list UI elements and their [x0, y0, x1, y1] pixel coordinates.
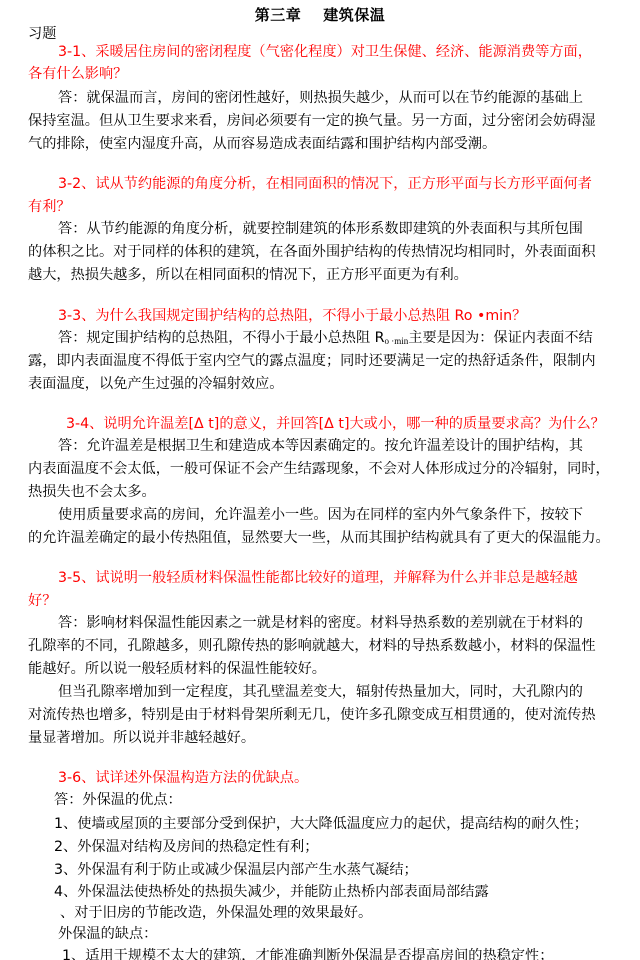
chapter-name: 建筑保温: [323, 6, 385, 24]
answer-3-6-line-2: 1、使墙或屋顶的主要部分受到保护，大大降低温度应力的起伏，提高结构的耐久性；: [54, 814, 588, 834]
answer-3-6-line-6: 、对于旧房的节能改造，外保温处理的效果最好。: [60, 903, 372, 923]
answer-3-3-line-2: 露，即内表面温度不得低于室内空气的露点温度；同时还要满足一定的热舒适条件，限制内: [28, 351, 596, 371]
question-3-5-line-1: 3-5、试说明一般轻质材料保温性能都比较好的道理，并解释为什么并非总是越轻越: [58, 568, 578, 588]
answer-3-1-line-2: 保持室温。但从卫生要求来看，房间必须要有一定的换气量。另一方面，过分密闭会妨碍湿: [28, 111, 596, 131]
answer-3-5-line-4: 但当孔隙率增加到一定程度，其孔壁温差变大，辐射传热量加大，同时，大孔隙内的: [58, 682, 583, 702]
chapter-title: 第三章建筑保温: [0, 4, 640, 25]
answer-3-5-line-1: 答：影响材料保温性能因素之一就是材料的密度。材料导热系数的差别就在于材料的: [58, 613, 583, 633]
answer-3-6-line-4: 3、外保温有利于防止或减少保温层内部产生水蒸气凝结；: [54, 860, 418, 880]
answer-3-4-line-2: 内表面温度不会太低，一般可保证不会产生结露现象，不会对人体形成过分的冷辐射，同时…: [28, 459, 610, 479]
answer-3-3-line-1: 答：规定围护结构的总热阻，不得小于最小总热阻 Ro ·min主要是因为：保证内表…: [58, 328, 593, 351]
question-3-1-line-2: 各有什么影响？: [28, 64, 127, 84]
answer-3-4-line-4: 使用质量要求高的房间，允许温差小一些。因为在同样的室内外气象条件下，按较下: [58, 505, 583, 525]
question-3-5-line-2: 好？: [28, 591, 56, 611]
question-3-4: 3-4、说明允许温差[Δ t]的意义，并回答[Δ t]大或小，哪一种的质量要求高…: [66, 414, 605, 434]
chapter-number: 第三章: [255, 6, 302, 24]
answer-3-6-line-1: 答：外保温的优点：: [54, 790, 182, 810]
answer-3-3-tail: 主要是因为：保证内表面不结: [408, 330, 592, 346]
document-page: 第三章建筑保温 习题 3-1、采暖居住房间的密闭程度（气密化程度）对卫生保健、经…: [0, 0, 640, 960]
answer-3-2-line-3: 越大，热损失越多，所以在相同面积的情况下，正方形平面更为有利。: [28, 265, 468, 285]
answer-3-4-line-3: 热损失也不会太多。: [28, 482, 156, 502]
answer-3-1-line-1: 答：就保温而言，房间的密闭性越好，则热损失越少，从而可以在节约能源的基础上: [58, 88, 583, 108]
answer-3-6-line-7: 外保温的缺点：: [58, 924, 157, 944]
question-3-2-line-1: 3-2、试从节约能源的角度分析，在相同面积的情况下，正方形平面与长方形平面何者: [58, 174, 592, 194]
answer-3-5-line-2: 孔隙率的不同，孔隙越多，则孔隙传热的影响就越大，材料的导热系数越小，材料的保温性: [28, 636, 596, 656]
question-3-3: 3-3、为什么我国规定围护结构的总热阻，不得小于最小总热阻 Ro •min？: [58, 306, 526, 326]
answer-3-6-line-3: 2、外保温对结构及房间的热稳定性有利；: [54, 837, 318, 857]
answer-3-5-line-5: 对流传热也增多，特别是由于材料骨架所剩无几，使许多孔隙变成互相贯通的，使对流传热: [28, 705, 596, 725]
answer-3-4-line-5: 的允许温差确定的最小传热阻值，显然要大一些，从而其围护结构就具有了更大的保温能力…: [28, 528, 610, 548]
answer-3-3-line-3: 表面温度，以免产生过强的冷辐射效应。: [28, 374, 283, 394]
answer-3-2-line-1: 答：从节约能源的角度分析，就要控制建筑的体形系数即建筑的外表面积与其所包围: [58, 219, 583, 239]
answer-3-4-line-1: 答：允许温差是根据卫生和建造成本等因素确定的。按允许温差设计的围护结构，其: [58, 436, 583, 456]
question-3-2-line-2: 有利？: [28, 197, 71, 217]
answer-3-6-line-8: 1、适用于规模不太大的建筑，才能准确判断外保温是否提高房间的热稳定性；: [62, 946, 553, 960]
answer-3-6-line-5: 4、外保温法使热桥处的热损失减少，并能防止热桥内部表面局部结露: [54, 882, 489, 902]
question-3-1-line-1: 3-1、采暖居住房间的密闭程度（气密化程度）对卫生保健、经济、能源消费等方面，: [58, 42, 592, 62]
answer-3-5-line-3: 能越好。所以说一般轻质材料的保温性能较好。: [28, 659, 326, 679]
answer-3-1-line-3: 气的排除，使室内湿度升高，从而容易造成表面结露和围护结构内部受潮。: [28, 134, 496, 154]
section-label: 习题: [28, 24, 56, 44]
subscript-min: o ·min: [385, 336, 409, 346]
question-3-6: 3-6、试详述外保温构造方法的优缺点。: [58, 768, 308, 788]
answer-3-3-text: 答：规定围护结构的总热阻，不得小于最小总热阻 R: [58, 330, 385, 346]
answer-3-2-line-2: 的体积之比。对于同样的体积的建筑，在各面外围护结构的传热情况均相同时，外表面面积: [28, 242, 596, 262]
answer-3-5-line-6: 量显著增加。所以说并非越轻越好。: [28, 728, 255, 748]
